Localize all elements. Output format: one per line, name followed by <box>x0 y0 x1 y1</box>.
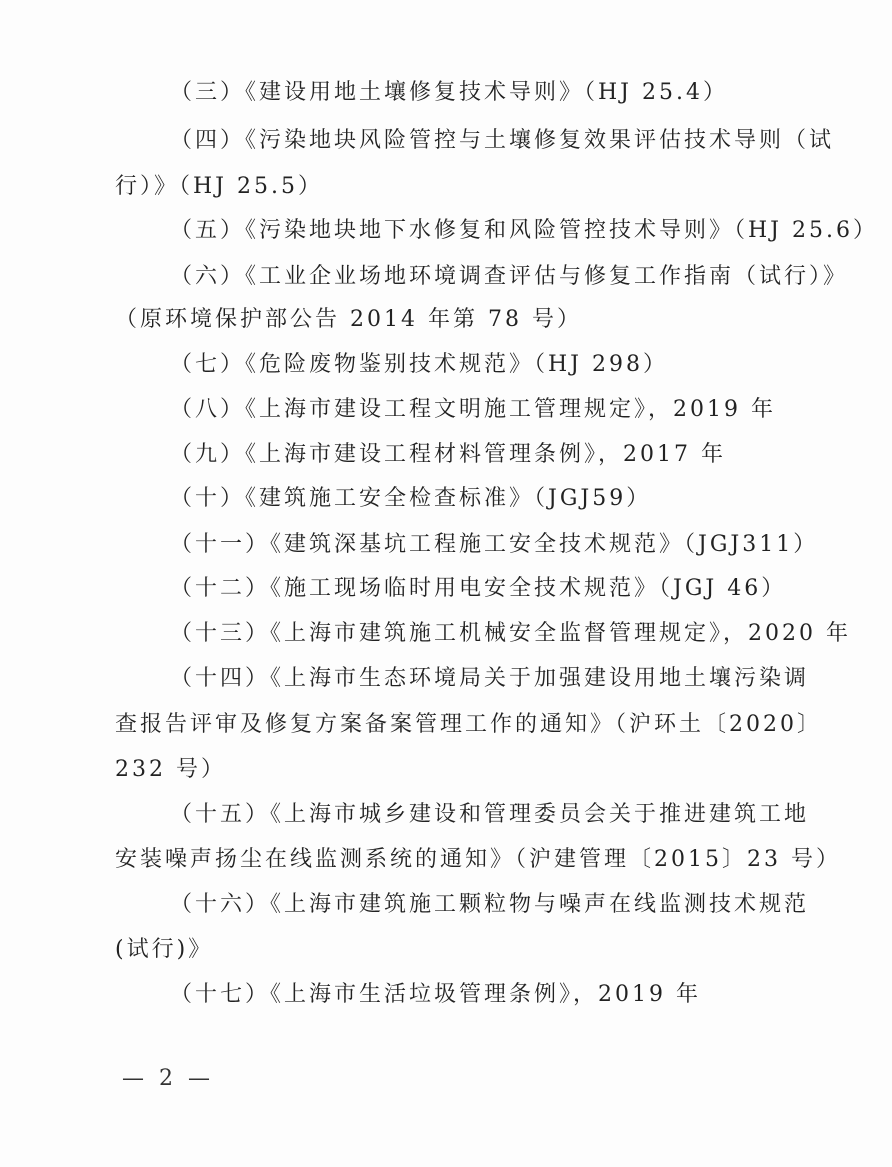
reference-item-9: （九）《上海市建设工程材料管理条例》，2017 年 <box>170 440 726 470</box>
reference-item-3: （三）《建设用地土壤修复技术导则》（HJ 25.4） <box>170 78 728 108</box>
reference-item-16: （十六）《上海市建筑施工颗粒物与噪声在线监测技术规范 <box>170 890 809 920</box>
reference-item-15: （十五）《上海市城乡建设和管理委员会关于推进建筑工地 <box>170 800 809 830</box>
reference-item-13: （十三）《上海市建筑施工机械安全监督管理规定》，2020 年 <box>170 619 851 649</box>
reference-item-6-continued: （原环境保护部公告 2014 年第 78 号） <box>115 305 582 335</box>
reference-item-14: （十四）《上海市生态环境局关于加强建设用地土壤污染调 <box>170 664 809 694</box>
reference-item-6: （六）《工业企业场地环境调查评估与修复工作指南（试行）》 <box>170 262 848 292</box>
reference-item-14-continued-2: 232 号） <box>115 755 226 785</box>
reference-item-14-continued: 查报告评审及修复方案备案管理工作的通知》（沪环土〔2020〕 <box>115 710 822 740</box>
page-number: — 2 — <box>122 1064 214 1094</box>
reference-item-5: （五）《污染地块地下水修复和风险管控技术导则》（HJ 25.6） <box>170 216 878 246</box>
reference-item-7: （七）《危险废物鉴别技术规范》（HJ 298） <box>170 350 668 380</box>
reference-item-4: （四）《污染地块风险管控与土壤修复效果评估技术导则（试 <box>170 126 834 156</box>
document-page: （三）《建设用地土壤修复技术导则》（HJ 25.4） （四）《污染地块风险管控与… <box>0 0 892 1167</box>
reference-item-10: （十）《建筑施工安全检查标准》（JGJ59） <box>170 484 651 514</box>
reference-item-4-continued: 行）》（HJ 25.5） <box>115 172 323 202</box>
reference-item-17: （十七）《上海市生活垃圾管理条例》，2019 年 <box>170 980 701 1010</box>
reference-item-15-continued: 安装噪声扬尘在线监测系统的通知》（沪建管理〔2015〕23 号） <box>115 845 841 875</box>
reference-item-16-continued: (试行)》 <box>115 935 213 965</box>
reference-item-11: （十一）《建筑深基坑工程施工安全技术规范》（JGJ311） <box>170 530 818 560</box>
reference-item-12: （十二）《施工现场临时用电安全技术规范》（JGJ 46） <box>170 574 786 604</box>
reference-item-8: （八）《上海市建设工程文明施工管理规定》，2019 年 <box>170 395 776 425</box>
